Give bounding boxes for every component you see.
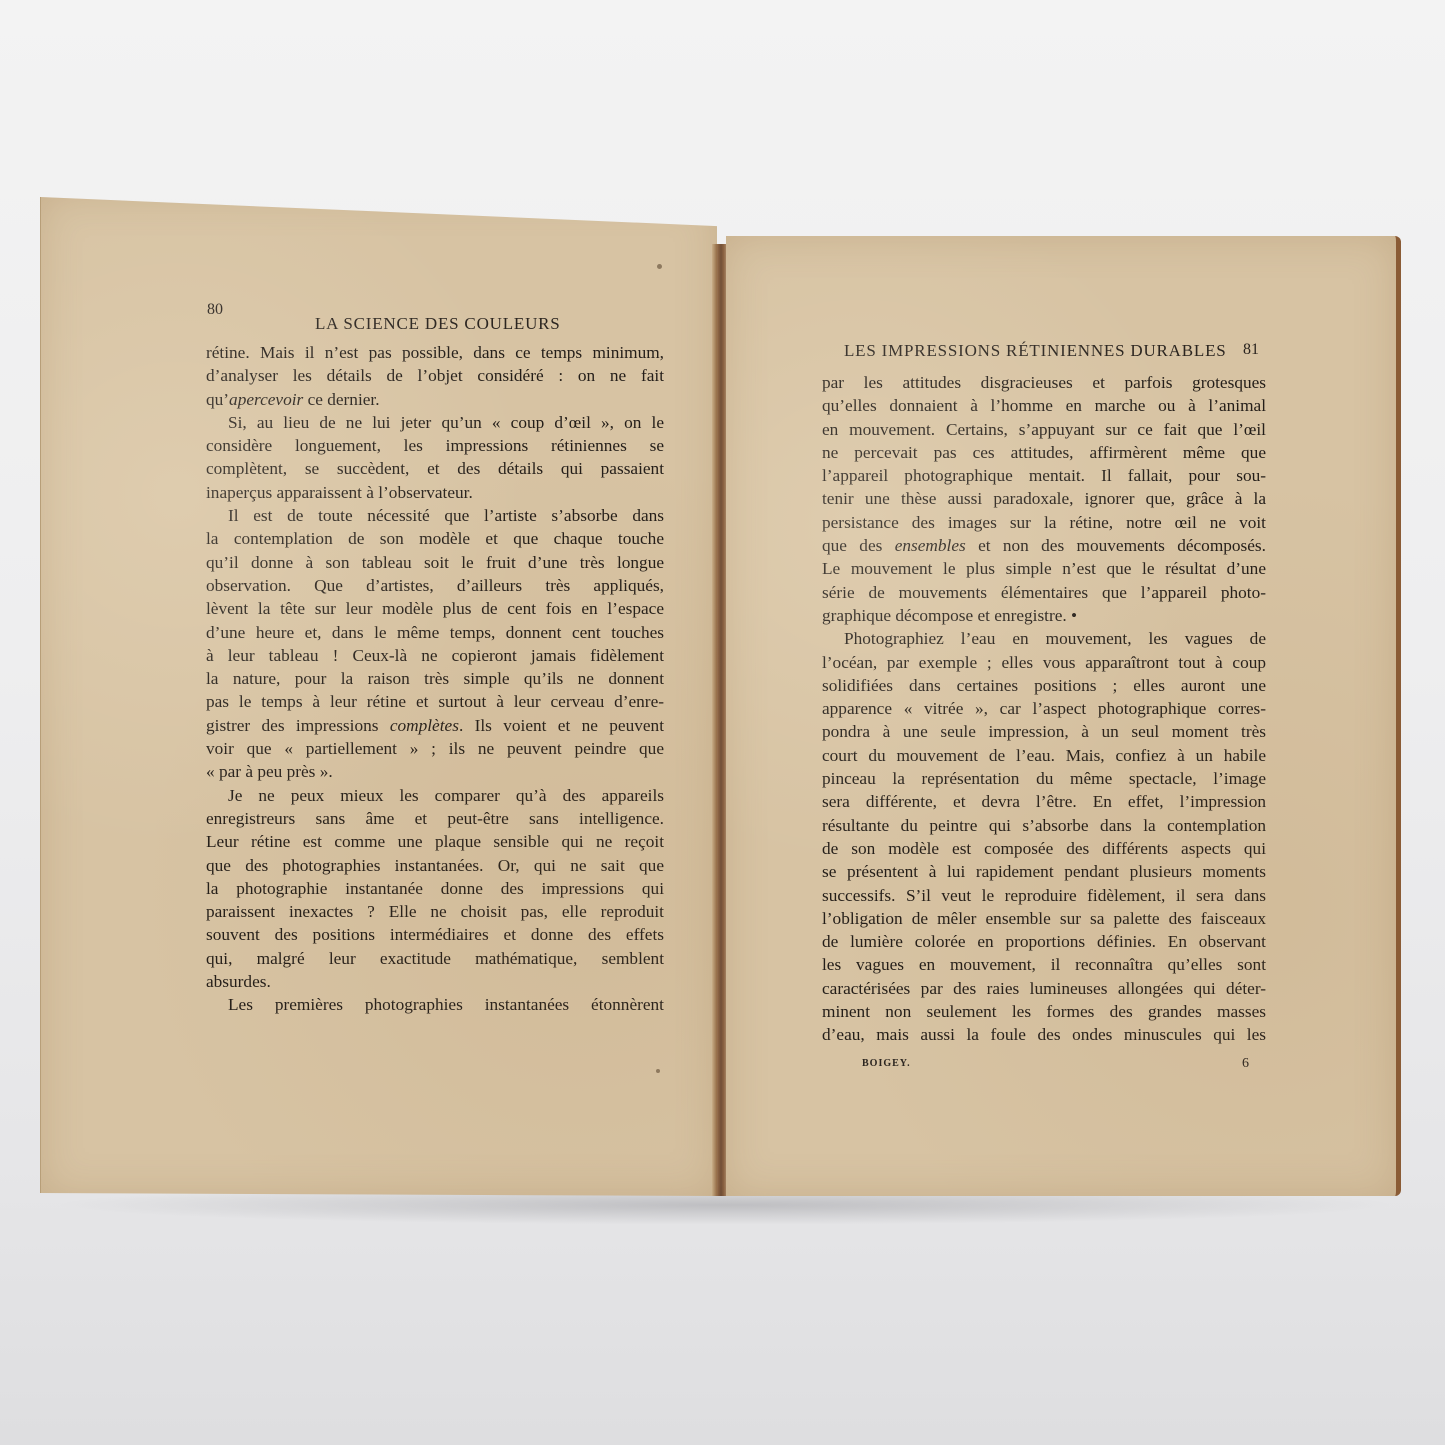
text-line: gistrer des impressions complètes. Ils v… (206, 714, 664, 737)
text-line: que des ensembles et non des mouvements … (822, 534, 1266, 557)
text-line: la photographie instantanée donne des im… (206, 877, 664, 900)
text-line: graphique décompose et enregistre. • (822, 604, 1266, 627)
text-line: « par à peu près ». (206, 760, 664, 783)
text-line: observation. Que d’artistes, d’ailleurs … (206, 574, 664, 597)
text-line: inaperçus apparaissent à l’observateur. (206, 481, 664, 504)
paper-fleck (656, 1069, 660, 1073)
text-line: persistance des images sur la rétine, no… (822, 511, 1266, 534)
page-number-left: 80 (207, 301, 223, 319)
text-line: ne percevait pas ces attitudes, affirmèr… (822, 441, 1266, 464)
text-line: lèvent la tête sur leur modèle plus de c… (206, 597, 664, 620)
text-line: à leur tableau ! Ceux-là ne copieront ja… (206, 644, 664, 667)
text-line: souvent des positions intermédiaires et … (206, 923, 664, 946)
text-line: résultante du peintre qui s’absorbe dans… (822, 814, 1266, 837)
text-line: l’appareil photographique mentait. Il fa… (822, 464, 1266, 487)
text-line: qu’elles donnaient à l’homme en marche o… (822, 394, 1266, 417)
text-line: minent non seulement les formes des gran… (822, 1000, 1266, 1023)
text-line: la contemplation de son modèle et que ch… (206, 527, 664, 550)
text-line: la nature, pour la raison très simple qu… (206, 667, 664, 690)
text-line: l’océan, par exemple ; elles vous appara… (822, 651, 1266, 674)
text-line: enregistreurs sans âme et peut-être sans… (206, 807, 664, 830)
paper-fleck (657, 264, 662, 269)
text-line: série de mouvements élémentaires que l’a… (822, 581, 1266, 604)
text-line: d’analyser les détails de l’objet consid… (206, 364, 664, 387)
text-line: en mouvement. Certains, s’appuyant sur c… (822, 418, 1266, 441)
text-line: tenir une thèse aussi paradoxale, ignore… (822, 487, 1266, 510)
text-line: court du mouvement de l’eau. Mais, confi… (822, 744, 1266, 767)
text-line: de son modèle est composée des différent… (822, 837, 1266, 860)
text-line: l’obligation de mêler ensemble sur sa pa… (822, 907, 1266, 930)
text-line: Leur rétine est comme une plaque sensibl… (206, 830, 664, 853)
text-line: apparence « vitrée », car l’aspect photo… (822, 697, 1266, 720)
text-line: se présentent à lui rapidement pendant p… (822, 860, 1266, 883)
text-line: pas le temps à leur rétine et surtout à … (206, 690, 664, 713)
left-page: 80 LA SCIENCE DES COULEURS rétine. Mais … (40, 194, 717, 1196)
text-line: sera différente, et devra l’être. En eff… (822, 790, 1266, 813)
text-line: par les attitudes disgracieuses et parfo… (822, 371, 1266, 394)
text-line: pinceau la représentation du même specta… (822, 767, 1266, 790)
text-line: Si, au lieu de ne lui jeter qu’un « coup… (206, 411, 664, 434)
text-line: Le mouvement le plus simple n’est que le… (822, 557, 1266, 580)
running-head-left: LA SCIENCE DES COULEURS (315, 314, 561, 334)
signature-number: 6 (1242, 1056, 1249, 1072)
text-line: qu’apercevoir ce dernier. (206, 388, 664, 411)
text-line: considère longuement, les impressions ré… (206, 434, 664, 457)
text-line: successifs. S’il veut le reproduire fidè… (822, 884, 1266, 907)
text-line: rétine. Mais il n’est pas possible, dans… (206, 341, 664, 364)
text-line: paraissent inexactes ? Elle ne choisit p… (206, 900, 664, 923)
text-line: complètent, se succèdent, et des détails… (206, 457, 664, 480)
text-line: les vagues en mouvement, il reconnaîtra … (822, 953, 1266, 976)
right-page-text: par les attitudes disgracieuses et parfo… (822, 371, 1266, 1047)
text-line: caractérisées par des raies lumineuses a… (822, 977, 1266, 1000)
text-line: de lumière colorée en proportions défini… (822, 930, 1266, 953)
right-page: LES IMPRESSIONS RÉTINIENNES DURABLES 81 … (726, 236, 1401, 1196)
text-line: qui, malgré leur exactitude mathématique… (206, 947, 664, 970)
text-line: pondra à une seule impression, à un seul… (822, 720, 1266, 743)
text-line: qu’il donne à son tableau soit le fruit … (206, 551, 664, 574)
text-line: absurdes. (206, 970, 664, 993)
text-line: Il est de toute nécessité que l’artiste … (206, 504, 664, 527)
signature-mark: BOIGEY. (862, 1058, 911, 1069)
text-line: Photographiez l’eau en mouvement, les va… (822, 627, 1266, 650)
text-line: Je ne peux mieux les comparer qu’à des a… (206, 784, 664, 807)
text-line: d’une heure et, dans le même temps, donn… (206, 621, 664, 644)
text-line: Les premières photographies instantanées… (206, 993, 664, 1016)
text-line: d’eau, mais aussi la foule des ondes min… (822, 1023, 1266, 1046)
page-number-right: 81 (1243, 341, 1259, 359)
running-head-right: LES IMPRESSIONS RÉTINIENNES DURABLES (844, 341, 1227, 361)
text-line: que des photographies instantanées. Or, … (206, 854, 664, 877)
text-line: voir que « partiellement » ; ils ne peuv… (206, 737, 664, 760)
text-line: solidifiées dans certaines positions ; e… (822, 674, 1266, 697)
left-page-text: rétine. Mais il n’est pas possible, dans… (206, 341, 664, 1017)
